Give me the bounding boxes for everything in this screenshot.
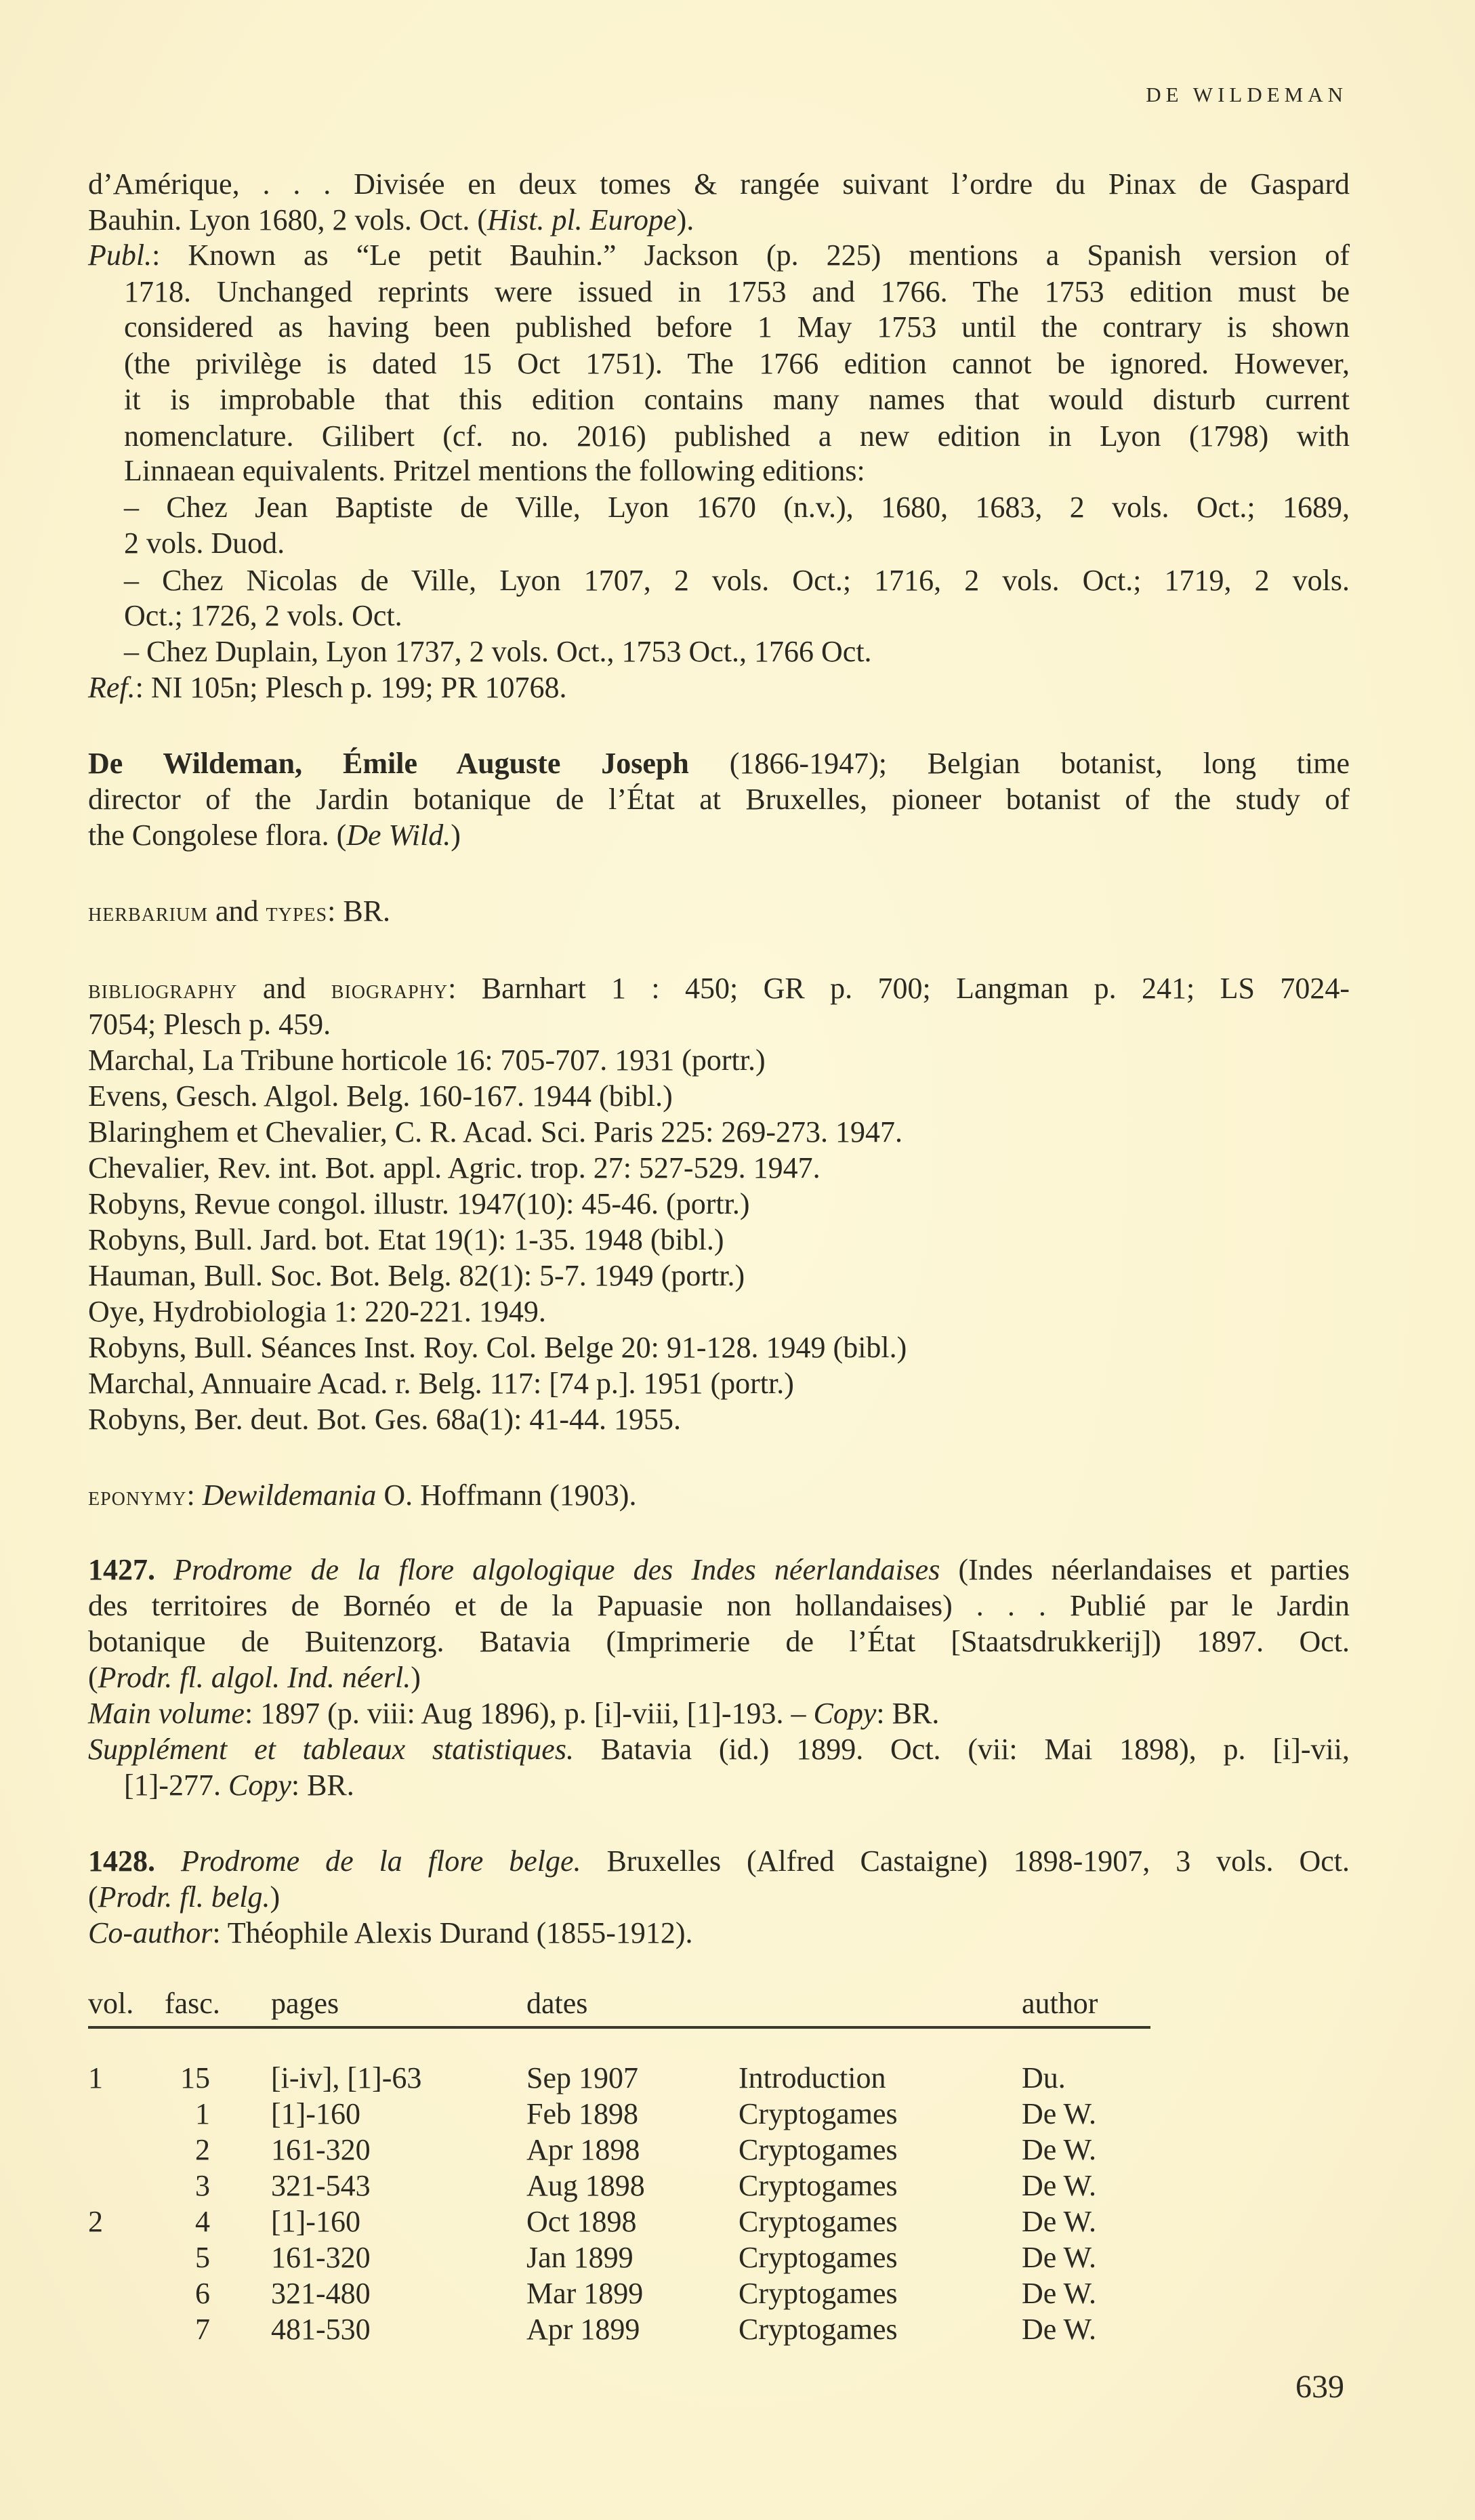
cell-part: Cryptogames [739,2168,898,2204]
text-line: Publ.: Known as “Le petit Bauhin.” Jacks… [88,237,1350,273]
cell-pages: 321-480 [271,2275,371,2311]
text-line: Supplément et tableaux statistiques. Bat… [88,1731,1350,1767]
author-bio-line: director of the Jardin botanique de l’Ét… [88,781,1350,817]
bibliography-item: Oye, Hydrobiologia 1: 220-221. 1949. [88,1294,1350,1329]
cell-part: Cryptogames [739,2239,898,2275]
bibliography-item: Chevalier, Rev. int. Bot. appl. Agric. t… [88,1150,1350,1186]
text-line: Oct.; 1726, 2 vols. Oct. [124,598,1350,634]
text-line: considered as having been published befo… [124,309,1350,345]
cell-part: Cryptogames [739,2132,898,2168]
eponym-genus: Dewildemania [203,1479,377,1512]
text-line: Ref.: NI 105n; Plesch p. 199; PR 10768. [88,669,1350,705]
bibliography-heading-line: bibliography and biography: Barnhart 1 :… [88,970,1350,1007]
bibliography-item: 7054; Plesch p. 459. [88,1006,1350,1042]
text-line: Linnaean equivalents. Pritzel mentions t… [124,453,1350,489]
book-page: DE WILDEMAN d’Amérique, . . . Divisée en… [0,0,1475,2520]
cell-fasc: 2 [163,2132,210,2168]
cell-fasc: 7 [163,2311,210,2347]
cell-pages: 481-530 [271,2311,371,2347]
author-bio-line: the Congolese flora. (De Wild.) [88,817,1350,853]
text-line: [1]-277. Copy: BR. [124,1767,1350,1803]
cell-date: Feb 1898 [526,2096,638,2132]
cell-date: Jan 1899 [526,2239,633,2275]
col-header-pages: pages [271,1985,339,2021]
herbarium-label: herbarium [88,896,208,927]
bibliography-item: Robyns, Bull. Séances Inst. Roy. Col. Be… [88,1329,1350,1365]
herbarium-value: : BR. [327,894,390,928]
text-line: 2 vols. Duod. [124,525,1350,561]
bibliography-item: Robyns, Bull. Jard. bot. Etat 19(1): 1-3… [88,1222,1350,1258]
text-line: (Prodr. fl. belg.) [88,1879,1350,1915]
text-line: – Chez Nicolas de Ville, Lyon 1707, 2 vo… [124,562,1350,598]
col-header-vol: vol. [88,1985,133,2021]
author-bio: (1866-1947); Belgian botanist, long time [689,747,1350,780]
text-line: (the privilège is dated 15 Oct 1751). Th… [124,346,1350,381]
cell-author: De W. [1022,2239,1096,2275]
cell-fasc: 4 [163,2204,210,2239]
cell-author: De W. [1022,2132,1096,2168]
text-line: (Prodr. fl. algol. Ind. néerl.) [88,1659,1350,1695]
table-header-rule [88,2026,1150,2029]
author-heading-line: De Wildeman, Émile Auguste Joseph (1866-… [88,745,1350,781]
cell-fasc: 15 [163,2060,210,2096]
cell-author: De W. [1022,2275,1096,2311]
text-line: nomenclature. Gilibert (cf. no. 2016) pu… [124,418,1350,454]
cell-date: Mar 1899 [526,2275,643,2311]
cell-pages: 161-320 [271,2239,371,2275]
bibliography-label: bibliography [88,974,237,1004]
text-line: – Chez Jean Baptiste de Ville, Lyon 1670… [124,489,1350,525]
cell-vol: 1 [88,2060,103,2096]
col-header-fasc: fasc. [165,1985,220,2021]
text-line: it is improbable that this edition conta… [124,381,1350,417]
cell-pages: [1]-160 [271,2096,360,2132]
cell-date: Aug 1898 [526,2168,645,2204]
text-line: Bauhin. Lyon 1680, 2 vols. Oct. (Hist. p… [88,202,1350,238]
cell-fasc: 6 [163,2275,210,2311]
bibliography-item: Marchal, La Tribune horticole 16: 705-70… [88,1042,1350,1078]
cell-pages: [1]-160 [271,2204,360,2239]
types-label: types [266,896,328,927]
cell-date: Oct 1898 [526,2204,637,2239]
cell-date: Apr 1898 [526,2132,640,2168]
cell-fasc: 5 [163,2239,210,2275]
page-number: 639 [1295,2368,1344,2405]
cell-author: Du. [1022,2060,1066,2096]
entry-number: 1427. [88,1553,155,1586]
eponymy-line: eponymy: Dewildemania O. Hoffmann (1903)… [88,1477,1350,1514]
running-head: DE WILDEMAN [1146,83,1348,107]
cell-part: Cryptogames [739,2096,898,2132]
herbarium-line: herbarium and types: BR. [88,893,1350,930]
biography-label: biography [331,974,448,1004]
text-line: Co-author: Théophile Alexis Durand (1855… [88,1915,1350,1951]
bibliography-item: Robyns, Revue congol. illustr. 1947(10):… [88,1186,1350,1222]
author-name: De Wildeman, Émile Auguste Joseph [88,747,689,780]
text-line: des territoires de Bornéo et de la Papua… [88,1588,1350,1624]
cell-vol: 2 [88,2204,103,2239]
bibliography-item: Marchal, Annuaire Acad. r. Belg. 117: [7… [88,1365,1350,1401]
cell-fasc: 3 [163,2168,210,2204]
text-line: 1718. Unchanged reprints were issued in … [124,274,1350,310]
text-line: 1427. Prodrome de la flore algologique d… [88,1552,1350,1588]
cell-author: De W. [1022,2168,1096,2204]
cell-fasc: 1 [163,2096,210,2132]
bibliography-item: Robyns, Ber. deut. Bot. Ges. 68a(1): 41-… [88,1401,1350,1437]
cell-pages: 161-320 [271,2132,371,2168]
col-header-author: author [1022,1985,1098,2021]
cell-pages: 321-543 [271,2168,371,2204]
eponymy-label: eponymy [88,1481,186,1511]
cell-author: De W. [1022,2311,1096,2347]
cell-date: Sep 1907 [526,2060,638,2096]
text-line: – Chez Duplain, Lyon 1737, 2 vols. Oct.,… [124,634,1350,669]
cell-part: Introduction [739,2060,886,2096]
cell-author: De W. [1022,2204,1096,2239]
text-line: d’Amérique, . . . Divisée en deux tomes … [88,166,1350,202]
cell-pages: [i-iv], [1]-63 [271,2060,421,2096]
cell-author: De W. [1022,2096,1096,2132]
cell-date: Apr 1899 [526,2311,640,2347]
cell-part: Cryptogames [739,2275,898,2311]
cell-part: Cryptogames [739,2204,898,2239]
bibliography-item: Hauman, Bull. Soc. Bot. Belg. 82(1): 5-7… [88,1258,1350,1294]
col-header-dates: dates [526,1985,587,2021]
entry-number: 1428. [88,1844,155,1878]
text-line: botanique de Buitenzorg. Batavia (Imprim… [88,1624,1350,1659]
bibliography-item: Evens, Gesch. Algol. Belg. 160-167. 1944… [88,1078,1350,1114]
author-abbreviation: De Wild. [346,819,451,852]
bibliography-item: Blaringhem et Chevalier, C. R. Acad. Sci… [88,1114,1350,1150]
text-line: Main volume: 1897 (p. viii: Aug 1896), p… [88,1695,1350,1731]
text-line: 1428. Prodrome de la flore belge. Bruxel… [88,1843,1350,1879]
cell-part: Cryptogames [739,2311,898,2347]
